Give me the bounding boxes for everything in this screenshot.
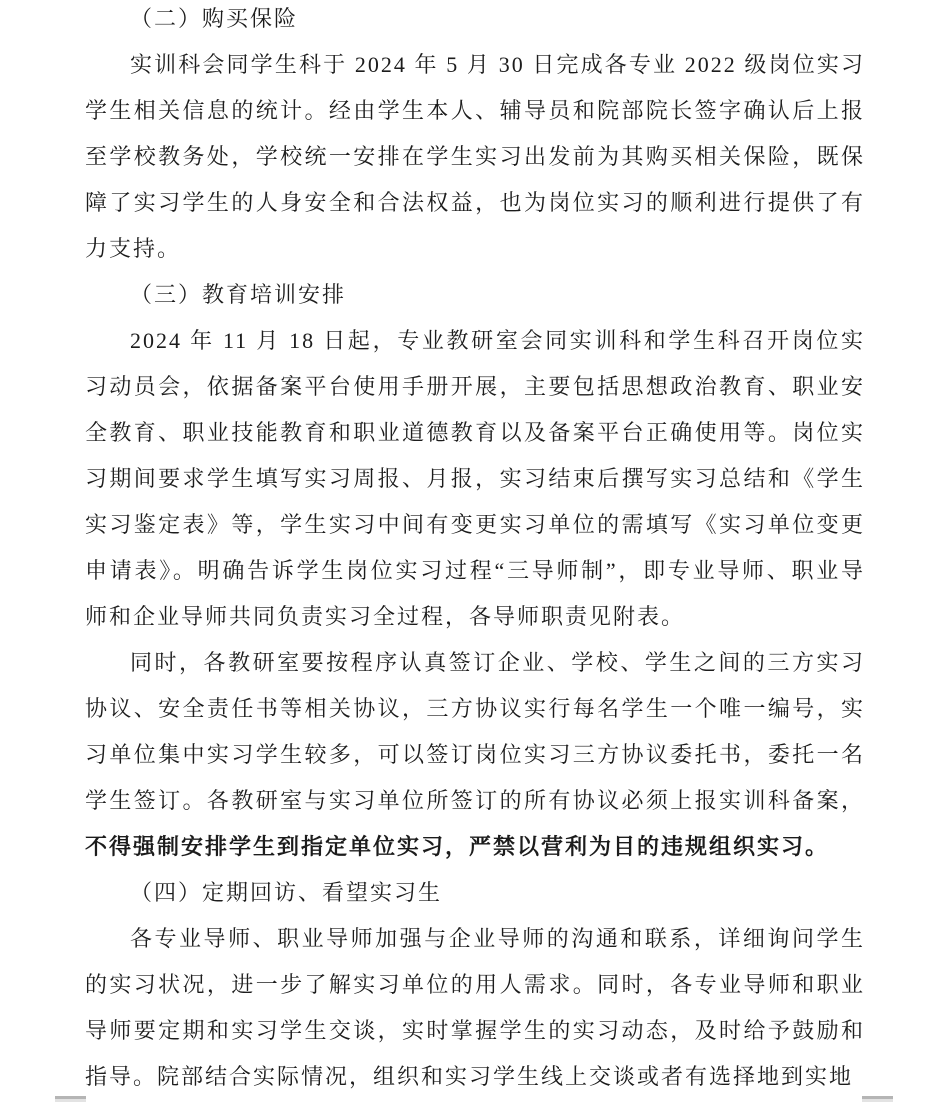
section-heading-2: （二）购买保险 <box>85 0 865 42</box>
bottom-left-ui-fragment <box>55 1096 86 1102</box>
paragraph-agreements-text: 同时，各教研室要按程序认真签订企业、学校、学生之间的三方实习协议、安全责任书等相… <box>85 650 865 813</box>
paragraph-visits: 各专业导师、职业导师加强与企业导师的沟通和联系，详细询问学生的实习状况，进一步了… <box>85 916 865 1100</box>
bottom-right-ui-fragment <box>862 1096 893 1102</box>
paragraph-training: 2024 年 11 月 18 日起，专业教研室会同实训科和学生科召开岗位实习动员… <box>85 318 865 640</box>
document-page: （二）购买保险 实训科会同学生科于 2024 年 5 月 30 日完成各专业 2… <box>85 0 865 1100</box>
bold-warning-text: 不得强制安排学生到指定单位实习，严禁以营利为目的违规组织实习。 <box>85 834 829 859</box>
section-heading-3: （三）教育培训安排 <box>85 272 865 318</box>
section-heading-4: （四）定期回访、看望实习生 <box>85 870 865 916</box>
paragraph-insurance: 实训科会同学生科于 2024 年 5 月 30 日完成各专业 2022 级岗位实… <box>85 42 865 272</box>
paragraph-agreements: 同时，各教研室要按程序认真签订企业、学校、学生之间的三方实习协议、安全责任书等相… <box>85 640 865 870</box>
